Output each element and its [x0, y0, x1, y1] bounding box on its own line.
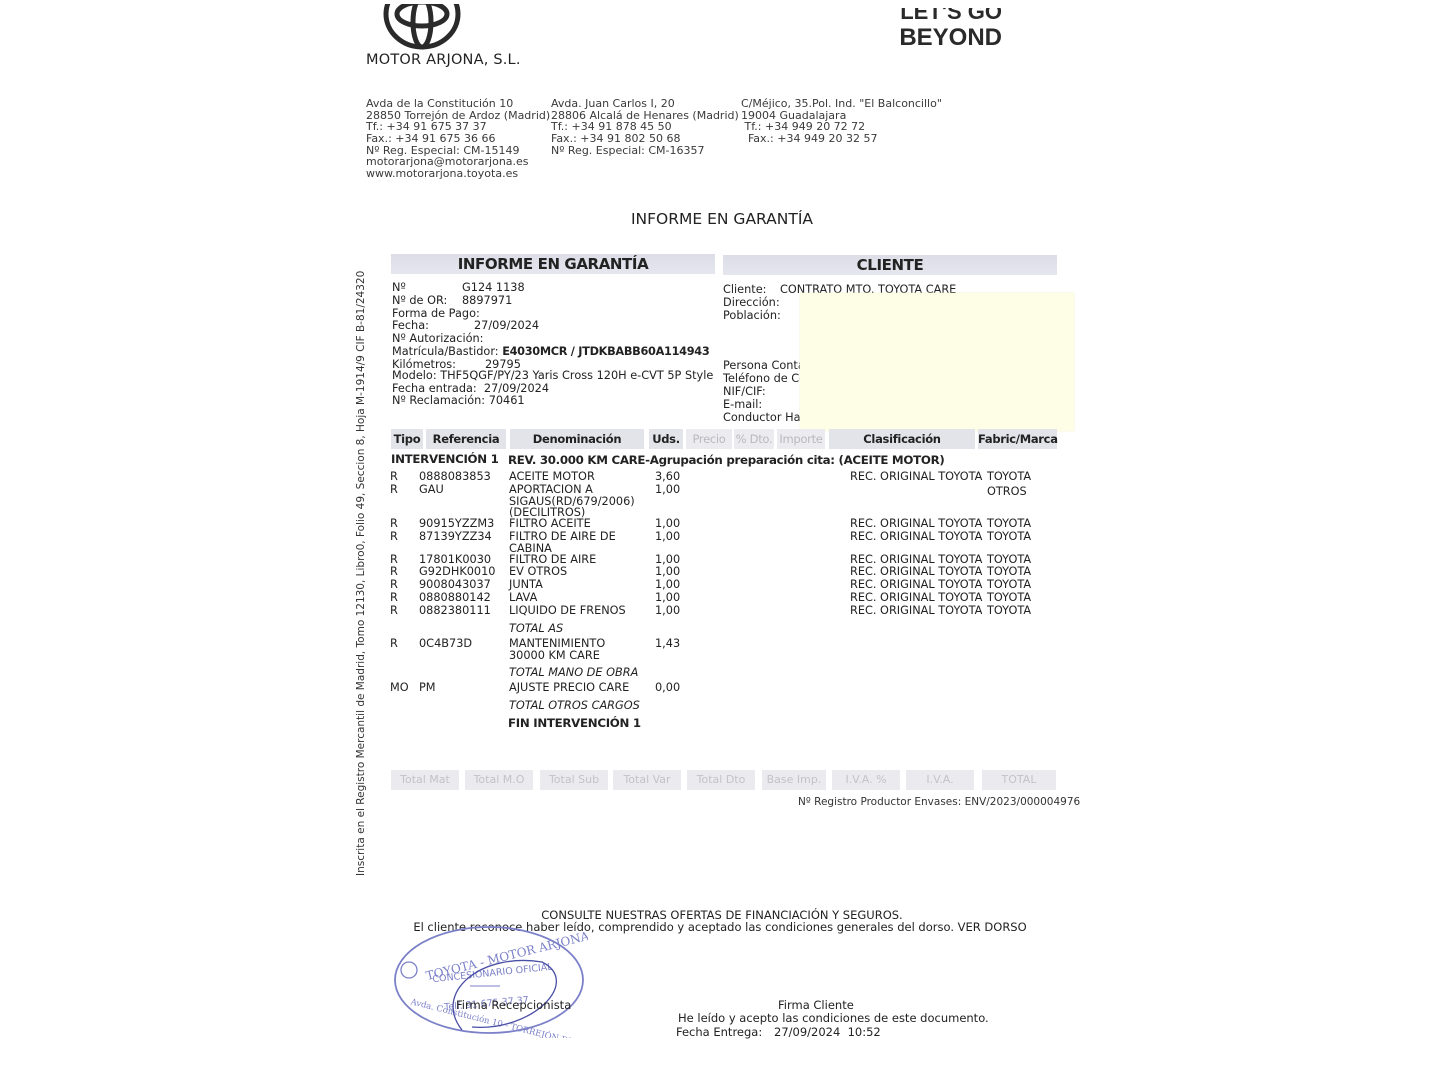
field-forma-pago: Forma de Pago: — [392, 308, 713, 321]
fin-intervencion: FIN INTERVENCIÓN 1 — [508, 718, 641, 730]
cell-den: ACEITE MOTOR — [509, 471, 645, 483]
cell-tipo: R — [390, 566, 398, 578]
registry-side-text: Inscrita en el Registro Mercantil de Mad… — [352, 280, 368, 876]
cell-clas: REC. ORIGINAL TOYOTA — [850, 579, 982, 591]
totals-col: I.V.A. % — [832, 770, 900, 790]
conditions-notice: El cliente reconoce haber leído, compren… — [0, 920, 1440, 934]
report-section-header: INFORME EN GARANTÍA — [391, 254, 715, 274]
cell-uds: 1,00 — [655, 592, 680, 604]
cell-tipo: R — [390, 484, 398, 496]
cell-marca: OTROS — [987, 486, 1047, 498]
document-title: INFORME EN GARANTÍA — [0, 210, 1440, 228]
cell-den: FILTRO DE AIRE — [509, 554, 645, 566]
cell-uds: 1,00 — [655, 531, 680, 543]
report-fields: NºG124 1138 Nº de OR:8897971 Forma de Pa… — [392, 282, 713, 408]
fecha-entrega-label: Fecha Entrega: — [676, 1025, 762, 1039]
cell-uds: 1,00 — [655, 566, 680, 578]
cell-den: EV OTROS — [509, 566, 645, 578]
cell-tipo: R — [390, 605, 398, 617]
cell-uds: 1,00 — [655, 518, 680, 530]
totals-col: I.V.A. — [906, 770, 974, 790]
total-as: TOTAL AS — [509, 623, 563, 635]
cell-ref: 17801K0030 — [419, 554, 491, 566]
totals-col: Total Dto — [687, 770, 755, 790]
acceptance-text: He leído y acepto las condiciones de est… — [678, 1011, 989, 1025]
fecha-entrega-value: 27/09/2024 10:52 — [774, 1025, 881, 1039]
cell-ref: GAU — [419, 484, 444, 496]
cell-ref: G92DHK0010 — [419, 566, 495, 578]
slogan: LET'S GO BEYOND — [880, 8, 1002, 50]
cell-marca: TOYOTA — [987, 566, 1047, 578]
col-clasificacion: Clasificación — [829, 429, 975, 449]
cell-uds: 1,00 — [655, 554, 680, 566]
col-tipo: Tipo — [391, 429, 423, 449]
cell-ref: 0888083853 — [419, 471, 491, 483]
cell-ref: 0882380111 — [419, 605, 491, 617]
totals-col: Total M.O — [465, 770, 533, 790]
cell-marca: TOYOTA — [987, 531, 1047, 543]
cell-marca: TOYOTA — [987, 471, 1047, 483]
cell-ref: 87139YZZ34 — [419, 531, 492, 543]
totals-col: Total Mat — [391, 770, 459, 790]
cell-uds: 1,00 — [655, 605, 680, 617]
cell-clas: REC. ORIGINAL TOYOTA — [850, 554, 982, 566]
cell-uds: 3,60 — [655, 471, 680, 483]
address-block-guadalajara: C/Méjico, 35.Pol. Ind. "El Balconcillo"1… — [741, 75, 942, 156]
cell-tipo: R — [390, 471, 398, 483]
intervention-title: REV. 30.000 KM CARE-Agrupación preparaci… — [508, 455, 944, 467]
field-reclamacion: Nº Reclamación: 70461 — [392, 395, 713, 408]
cell-clas: REC. ORIGINAL TOYOTA — [850, 531, 982, 543]
cell-clas: REC. ORIGINAL TOYOTA — [850, 518, 982, 530]
cell-den: FILTRO DE AIRE DE CABINA — [509, 531, 645, 554]
cell-marca: TOYOTA — [987, 605, 1047, 617]
totals-col: TOTAL — [982, 770, 1056, 790]
toyota-logo-icon — [383, 0, 461, 50]
totals-col: Total Sub — [540, 770, 608, 790]
cell-tipo: R — [390, 554, 398, 566]
cell-tipo: R — [390, 518, 398, 530]
cell-marca: TOYOTA — [987, 592, 1047, 604]
col-dto: % Dto. — [734, 429, 774, 449]
cell-den: LIQUIDO DE FRENOS — [509, 605, 645, 617]
registro-envases: Nº Registro Productor Envases: ENV/2023/… — [798, 797, 1080, 809]
cell-clas: REC. ORIGINAL TOYOTA — [850, 605, 982, 617]
cell-uds: 1,00 — [655, 579, 680, 591]
col-denominacion: Denominación — [510, 429, 644, 449]
cell-clas: REC. ORIGINAL TOYOTA — [850, 566, 982, 578]
cell-den: JUNTA — [509, 579, 645, 591]
company-name: MOTOR ARJONA, S.L. — [366, 52, 521, 68]
cell-tipo: R — [390, 531, 398, 543]
col-importe: Importe — [777, 429, 825, 449]
total-mano-obra: TOTAL MANO DE OBRA — [509, 667, 638, 679]
cell-tipo: R — [390, 579, 398, 591]
col-uds: Uds. — [649, 429, 683, 449]
cell-ref: 90915YZZM3 — [419, 518, 494, 530]
cell-marca: TOYOTA — [987, 518, 1047, 530]
cell-marca: TOYOTA — [987, 579, 1047, 591]
cell-clas: REC. ORIGINAL TOYOTA — [850, 592, 982, 604]
firma-cliente: Firma Cliente — [778, 998, 854, 1012]
cell-den: LAVA — [509, 592, 645, 604]
col-precio: Precio — [686, 429, 732, 449]
redaction-sticky-note — [800, 293, 1074, 431]
cell-marca: TOYOTA — [987, 554, 1047, 566]
cell-den: APORTACION A SIGAUS(RD/679/2006) (DECILI… — [509, 484, 645, 519]
client-section-header: CLIENTE — [723, 255, 1057, 275]
cell-ref: 0880880142 — [419, 592, 491, 604]
col-marca: Fabric/Marca — [978, 429, 1057, 449]
total-otros-cargos: TOTAL OTROS CARGOS — [509, 700, 640, 712]
cell-den: FILTRO ACEITE — [509, 518, 645, 530]
address-block-alcala: Avda. Juan Carlos I, 2028806 Alcalá de H… — [551, 75, 739, 168]
cell-uds: 1,00 — [655, 484, 680, 496]
address-block-torrejon: Avda de la Constitución 1028850 Torrejón… — [366, 75, 550, 191]
totals-col: Base Imp. — [762, 770, 826, 790]
col-referencia: Referencia — [426, 429, 506, 449]
dealer-stamp: TOYOTA - MOTOR ARJONA, S.L. CONCESIONARI… — [392, 922, 588, 1038]
intervention-label: INTERVENCIÓN 1 — [391, 454, 499, 466]
cell-clas: REC. ORIGINAL TOYOTA — [850, 471, 982, 483]
cell-tipo: R — [390, 592, 398, 604]
firma-recepcionista: Firma Recepcionista — [456, 998, 571, 1012]
cell-ref: 9008043037 — [419, 579, 491, 591]
totals-col: Total Var — [613, 770, 681, 790]
